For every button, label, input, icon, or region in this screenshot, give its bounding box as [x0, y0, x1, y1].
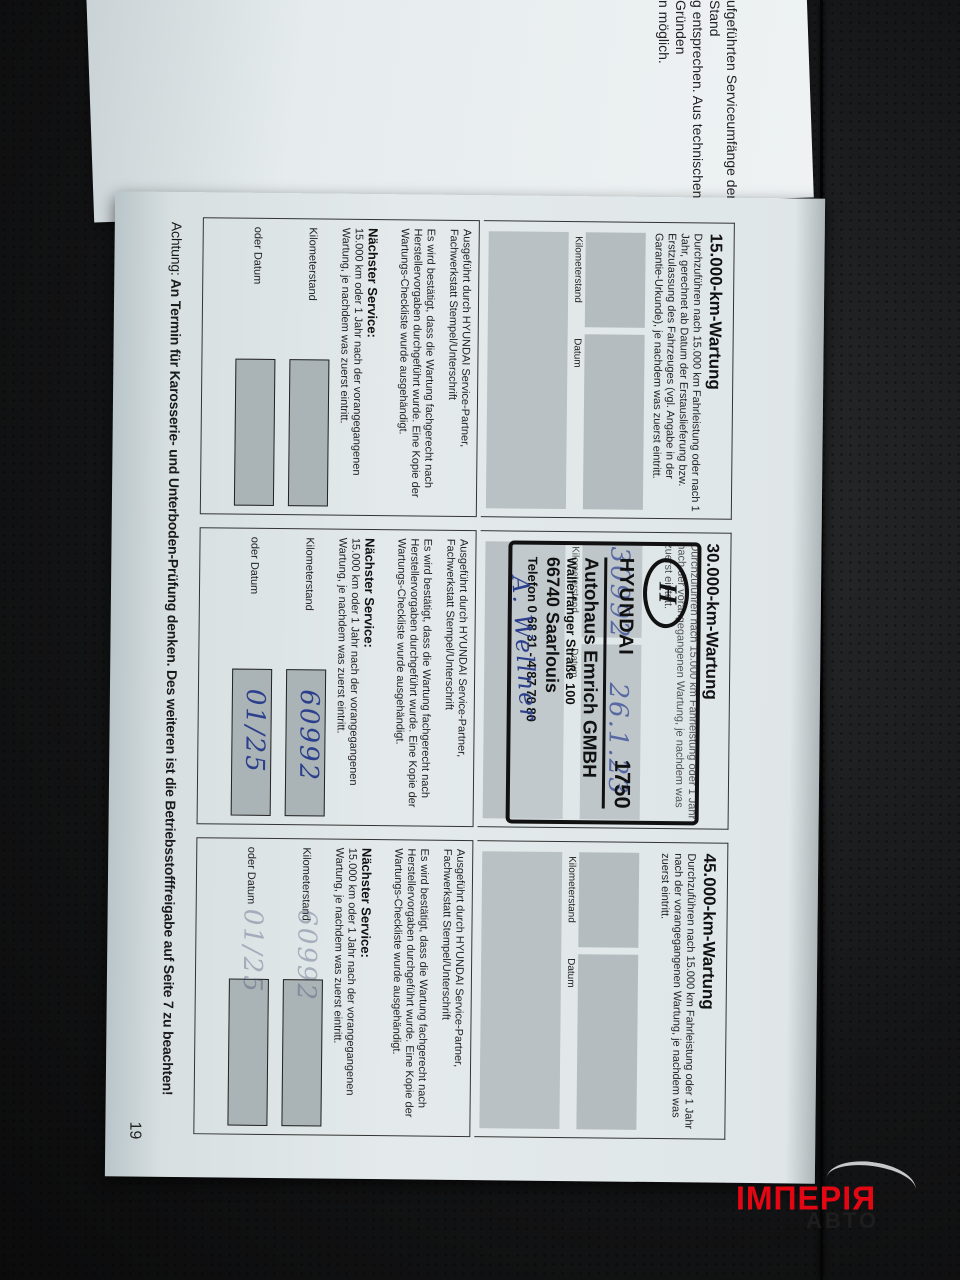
- stamp-dealer-code: 1750: [609, 760, 636, 809]
- service-column-3: 45.000-km-Wartung Durchzuführen nach 15.…: [195, 837, 728, 1148]
- km-label: Kilometerstand: [566, 854, 578, 925]
- next-service-description: 15.000 km oder 1 Jahr nach der vorangega…: [336, 228, 365, 513]
- date-label: Datum: [565, 956, 576, 990]
- service-column-1: 15.000-km-Wartung Durchzuführen nach 15.…: [202, 217, 735, 528]
- service-description: Durchzuführen nach 15.000 km Fahrleistun…: [655, 853, 697, 1133]
- imperia-avto-watermark: ІМПЕРІЯ АВТО: [736, 1180, 911, 1230]
- next-service-title: Nächster Service:: [361, 538, 377, 648]
- performed-by-text: Ausgeführt durch HYUNDAI Service-Partner…: [441, 539, 470, 824]
- confirmation-text: Es wird bestätigt, dass die Wartung fach…: [392, 538, 434, 823]
- next-service-title: Nächster Service:: [365, 228, 381, 338]
- next-date-field[interactable]: [234, 359, 276, 506]
- bleed-through-date: 01/25: [237, 909, 268, 994]
- stamp-divider: [602, 557, 608, 808]
- next-service-description: 15.000 km oder 1 Jahr nach der vorangega…: [329, 848, 358, 1133]
- footer-note: Achtung: An Termin für Karosserie- und U…: [159, 222, 185, 1162]
- next-date-field[interactable]: [227, 979, 269, 1126]
- prev-line-3: n möglich.: [655, 0, 672, 230]
- date-field[interactable]: [576, 954, 638, 1130]
- service-description: Durchzuführen nach 15.000 km Fahrleistun…: [649, 233, 704, 514]
- confirmation-text: Es wird bestätigt, dass die Wartung fach…: [388, 848, 430, 1133]
- next-date-handwritten: 01/25: [239, 689, 270, 774]
- bleed-through-km: 60992: [291, 909, 322, 1002]
- performed-by-text: Ausgeführt durch HYUNDAI Service-Partner…: [437, 849, 466, 1134]
- prev-line-1: ufgeführten Serviceumfänge dem Stand: [706, 0, 740, 230]
- next-date-label: oder Datum: [245, 847, 258, 905]
- service-title: 15.000-km-Wartung: [704, 233, 726, 389]
- date-field[interactable]: [583, 334, 645, 510]
- service-booklet-page: Achtung: An Termin für Karosserie- und U…: [105, 191, 825, 1183]
- stamp-dealer-name: Autohaus Emrich GMBH: [577, 557, 601, 778]
- page-number: 19: [125, 1121, 143, 1139]
- next-service-box: Ausgeführt durch HYUNDAI Service-Partner…: [193, 837, 473, 1137]
- next-service-description: 15.000 km oder 1 Jahr nach der vorangega…: [333, 538, 362, 823]
- service-entry-box: 45.000-km-Wartung Durchzuführen nach 15.…: [474, 840, 728, 1140]
- stamp-street: Wallerfanger Straße 100: [563, 557, 580, 705]
- stamp-signature-area[interactable]: [479, 851, 562, 1129]
- next-km-handwritten: 60992: [293, 689, 324, 782]
- logo-sub: АВТО: [806, 1208, 879, 1234]
- next-date-label: oder Datum: [251, 227, 264, 285]
- km-field[interactable]: [578, 852, 639, 948]
- next-service-box: Ausgeführt durch HYUNDAI Service-Partner…: [197, 527, 477, 827]
- service-title: 30.000-km-Wartung: [701, 543, 723, 699]
- next-km-field[interactable]: [288, 359, 330, 506]
- km-field[interactable]: [585, 232, 646, 328]
- km-label: Kilometerstand: [572, 234, 584, 305]
- next-service-box: Ausgeführt durch HYUNDAI Service-Partner…: [200, 217, 480, 517]
- confirmation-text: Es wird bestätigt, dass die Wartung fach…: [395, 228, 437, 513]
- stamp-signature-area[interactable]: [486, 231, 569, 509]
- next-km-label: Kilometerstand: [303, 537, 316, 610]
- hyundai-logo-icon: [643, 558, 690, 628]
- prev-line-2: g entsprechen. Aus technischen Gründen: [672, 0, 706, 230]
- page-content: Achtung: An Termin für Karosserie- und U…: [105, 191, 825, 1183]
- stamp-city: 66740 Saarlouis: [541, 557, 563, 693]
- date-label: Datum: [571, 336, 582, 370]
- previous-page-text: ufgeführten Serviceumfänge dem Stand g e…: [655, 0, 740, 230]
- service-entry-box: 15.000-km-Wartung Durchzuführen nach 15.…: [481, 220, 735, 520]
- next-date-label: oder Datum: [248, 537, 261, 595]
- next-service-title: Nächster Service:: [358, 848, 374, 958]
- stamp-brand: HYUNDAI: [613, 558, 637, 656]
- performed-by-text: Ausgeführt durch HYUNDAI Service-Partner…: [444, 229, 473, 514]
- next-km-label: Kilometerstand: [306, 227, 319, 300]
- service-title: 45.000-km-Wartung: [698, 853, 720, 1009]
